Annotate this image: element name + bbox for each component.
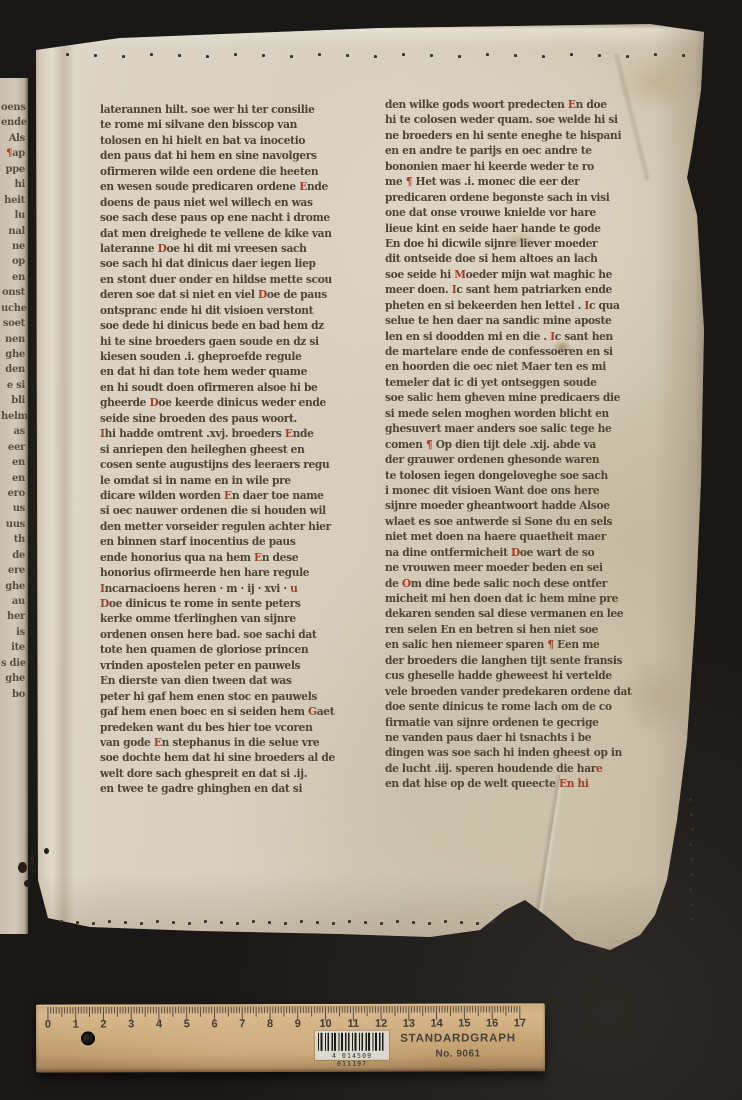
ruler-cm-number: 11 xyxy=(344,1017,362,1031)
sewing-hole xyxy=(172,921,175,924)
manuscript-text-line: En doe hi dicwile sijnre liever moeder xyxy=(385,236,653,251)
manuscript-text-line: bononien maer hi keerde weder te ro xyxy=(385,159,653,174)
ruler-model-number: No. 9061 xyxy=(386,1048,530,1060)
ink-blot xyxy=(24,880,30,887)
manuscript-text-line: ne xyxy=(1,239,25,254)
manuscript-text-line: en wesen soude predicaren ordene Ende xyxy=(100,179,350,194)
sewing-hole xyxy=(691,828,694,831)
sewing-hole xyxy=(374,55,377,58)
manuscript-text-line: en xyxy=(1,270,25,285)
sewing-hole xyxy=(300,920,303,923)
manuscript-text-line: ren selen En en betren si hen niet soe xyxy=(385,622,653,637)
sewing-hole xyxy=(236,922,239,925)
manuscript-text-line: le omdat si in name en in wile pre xyxy=(100,473,350,488)
sewing-hole xyxy=(689,888,692,891)
manuscript-text-line: dit ontseide doe si hem altoes an lach xyxy=(385,251,653,266)
sewing-hole xyxy=(458,55,461,58)
sewing-hole xyxy=(682,54,685,57)
sewing-hole xyxy=(156,920,159,923)
sewing-hole xyxy=(690,903,693,906)
manuscript-text-line: nal xyxy=(1,224,25,239)
manuscript-text-line: welt dore sach ghespreit en dat si .ij. xyxy=(100,766,350,781)
manuscript-text-line: lateranne Doe hi dit mi vreesen sach xyxy=(100,241,350,256)
manuscript-text-line: ne broeders en hi sente eneghe te hispan… xyxy=(385,128,653,143)
manuscript-text-line: vrinden apostelen peter en pauwels xyxy=(100,658,350,673)
binding-gutter-shade xyxy=(30,22,102,964)
ruler-cm-number: 9 xyxy=(289,1017,307,1031)
manuscript-text-line: doe sente dinicus te rome lach om de co xyxy=(385,699,653,714)
manuscript-text-line: helm xyxy=(1,409,25,424)
ruler-cm-number: 1 xyxy=(67,1018,85,1032)
manuscript-text-line: soe dede hi dinicus bede en bad hem dz xyxy=(100,318,350,333)
manuscript-text-line: nen xyxy=(1,332,25,347)
ruler-cm-number: 3 xyxy=(122,1017,140,1031)
sewing-hole xyxy=(124,921,127,924)
manuscript-text-line: te rome mi silvane den bisscop van xyxy=(100,117,350,132)
manuscript-text-line: de xyxy=(1,548,25,563)
manuscript-text-line: Als xyxy=(1,131,25,146)
manuscript-text-line: en xyxy=(1,471,25,486)
ruler-cm-number: 16 xyxy=(483,1016,501,1030)
ink-blot xyxy=(31,869,35,873)
manuscript-text-line: en salic hen niemeer sparen ¶ Een me xyxy=(385,637,653,652)
ruler-cm-number: 2 xyxy=(94,1017,112,1031)
manuscript-text-line: en en andre te parijs en oec andre te xyxy=(385,143,653,158)
manuscript-text-line: den metter vorseider regulen achter hier xyxy=(100,519,350,534)
sewing-hole xyxy=(284,922,287,925)
manuscript-text-line: au xyxy=(1,594,25,609)
sewing-hole xyxy=(542,55,545,58)
manuscript-text-line: der broeders die langhen tijt sente fran… xyxy=(385,653,653,668)
manuscript-text-line: soe seide hi Moeder mijn wat maghic he xyxy=(385,267,653,282)
manuscript-text-line: micheit mi hen doen dat ic hem mine pre xyxy=(385,591,653,606)
manuscript-text-line: dicare wilden worden En daer toe name xyxy=(100,488,350,503)
manuscript-text-line: heit xyxy=(1,193,25,208)
sewing-hole xyxy=(654,53,657,56)
ruler-cm-number: 8 xyxy=(261,1017,279,1031)
manuscript-text-line: predicaren ordene begonste sach in visi xyxy=(385,190,653,205)
manuscript-text-line: is xyxy=(1,625,25,640)
manuscript-text-line: ontspranc ende hi dit visioen verstont xyxy=(100,303,350,318)
facing-page-text-fragments: oensendeAls¶apppehiheitlunalneopenonstuc… xyxy=(1,100,25,702)
manuscript-text-line: gaf hem enen boec en si seiden hem Gaet xyxy=(100,704,350,719)
manuscript-text-line: soe dochte hem dat hi sine broeders al d… xyxy=(100,750,350,765)
sewing-hole xyxy=(514,54,517,57)
manuscript-text-line: firmatie van sijnre ordenen te gecrige xyxy=(385,715,653,730)
ruler-cm-number: 12 xyxy=(372,1017,390,1031)
sewing-hole xyxy=(570,53,573,56)
manuscript-text-line: gheerde Doe keerde dinicus weder ende xyxy=(100,395,350,410)
manuscript-text-line: dekaren senden sal diese vermanen en lee xyxy=(385,606,653,621)
ruler-cm-number: 13 xyxy=(400,1017,418,1031)
sewing-hole xyxy=(396,920,399,923)
manuscript-text-line: En dierste van dien tween dat was xyxy=(100,673,350,688)
manuscript-text-line: sijnre moeder gheantwoort hadde Alsoe xyxy=(385,498,653,513)
barcode-sticker: 4 014509 011197 xyxy=(315,1031,389,1060)
barcode-digits: 4 014509 011197 xyxy=(315,1052,389,1068)
sewing-hole xyxy=(252,920,255,923)
manuscript-text-line: ghe xyxy=(1,579,25,594)
manuscript-text-line: oens xyxy=(1,100,25,115)
manuscript-text-line: Ihi hadde omtrent .xvj. broeders Ende xyxy=(100,426,350,441)
ruler-cm-number: 15 xyxy=(455,1017,473,1031)
sewing-hole xyxy=(492,920,495,923)
manuscript-text-line: eer xyxy=(1,440,25,455)
manuscript-text-line: ero xyxy=(1,486,25,501)
barcode-bars xyxy=(318,1033,386,1051)
manuscript-text-line: vele broeden vander predekaren ordene da… xyxy=(385,684,653,699)
manuscript-text-line: as xyxy=(1,424,25,439)
sewing-hole xyxy=(204,920,207,923)
sewing-hole xyxy=(94,54,97,57)
manuscript-text-line: Doe dinicus te rome in sente peters xyxy=(100,596,350,611)
sewing-hole xyxy=(92,922,95,925)
manuscript-text-line: tolosen en hi hielt en bat va inocetio xyxy=(100,133,350,148)
manuscript-text-line: de Om dine bede salic noch dese ontfer xyxy=(385,576,653,591)
manuscript-text-line: lu xyxy=(1,208,25,223)
sewing-hole xyxy=(220,921,223,924)
manuscript-text-line: bo xyxy=(1,687,25,702)
sewing-hole xyxy=(486,53,489,56)
sewing-hole xyxy=(66,53,69,56)
manuscript-text-line: den wilke gods woort predecten En doe xyxy=(385,97,653,112)
manuscript-photograph: { "facing_page": { "fragments": ["oens",… xyxy=(0,0,742,1100)
manuscript-text-line: ende xyxy=(1,115,25,130)
manuscript-text-line: en twee te gadre ghinghen en dat si xyxy=(100,781,350,796)
manuscript-text-line: en hoorden die oec niet Maer ten es mi xyxy=(385,359,653,374)
manuscript-text-line: den paus dat hi hem en sine navolgers xyxy=(100,148,350,163)
manuscript-text-line: ghe xyxy=(1,347,25,362)
sewing-hole xyxy=(380,922,383,925)
ruler-brand-block: STANDARDGRAPH No. 9061 xyxy=(386,1032,530,1060)
manuscript-text-line: selue te hen daer na sandic mine aposte xyxy=(385,313,653,328)
manuscript-text-line: e si xyxy=(1,378,25,393)
ruler-cm-number: 6 xyxy=(205,1017,223,1031)
manuscript-text-line: ne vrouwen meer moeder beden en sei xyxy=(385,560,653,575)
sewing-hole xyxy=(444,920,447,923)
sewing-hole xyxy=(316,921,319,924)
manuscript-text-line: ¶ap xyxy=(1,146,25,161)
manuscript-text-line: hi xyxy=(1,177,25,192)
manuscript-text-line: dat men dreighede te vellene de kike van xyxy=(100,226,350,241)
sewing-hole xyxy=(402,53,405,56)
sewing-hole xyxy=(150,53,153,56)
manuscript-text-line: kiesen souden .i. gheproefde regule xyxy=(100,349,350,364)
ruler-cm-number: 17 xyxy=(511,1016,529,1030)
manuscript-text-line: soe sach hi dat dinicus daer iegen liep xyxy=(100,256,350,271)
manuscript-text-line: uche xyxy=(1,301,25,316)
sewing-hole xyxy=(460,921,463,924)
sewing-hole xyxy=(626,55,629,58)
sewing-hole xyxy=(689,798,692,801)
manuscript-text-line: one dat onse vrouwe knielde vor hare xyxy=(385,205,653,220)
sewing-hole xyxy=(690,813,693,816)
manuscript-text-line: me ¶ Het was .i. monec die eer der xyxy=(385,174,653,189)
manuscript-text-line: ne vanden paus daer hi tsnachts i be xyxy=(385,730,653,745)
manuscript-text-line: honorius ofirmeerde hen hare regule xyxy=(100,565,350,580)
manuscript-text-line: de martelare ende de confessoeren en si xyxy=(385,344,653,359)
sewing-hole xyxy=(691,873,694,876)
manuscript-right-column: den wilke gods woort predecten En doehi … xyxy=(385,97,653,792)
manuscript-text-line: bli xyxy=(1,393,25,408)
manuscript-text-line: te tolosen iegen dongeloveghe soe sach xyxy=(385,468,653,483)
manuscript-text-line: ghesuvert maer anders soe salic tege he xyxy=(385,421,653,436)
sewing-hole xyxy=(60,920,63,923)
ruler-hanging-hole xyxy=(81,1032,95,1046)
manuscript-text-line: pheten en si bekeerden hen lettel . Ic q… xyxy=(385,298,653,313)
sewing-hole xyxy=(428,922,431,925)
manuscript-text-line: soe salic hem gheven mine predicaers die xyxy=(385,390,653,405)
manuscript-text-line: soe sach dese paus op ene nacht i drome xyxy=(100,210,350,225)
manuscript-text-line: niet met doen na haere quaetheit maer xyxy=(385,529,653,544)
ruler-cm-number: 14 xyxy=(428,1017,446,1031)
manuscript-text-line: en binnen starf inocentius de paus xyxy=(100,534,350,549)
sewing-hole xyxy=(206,55,209,58)
ruler-cm-number: 10 xyxy=(317,1017,335,1031)
manuscript-text-line: i monec dit visioen Want doe ons here xyxy=(385,483,653,498)
manuscript-text-line: dingen was soe sach hi inden gheest op i… xyxy=(385,745,653,760)
manuscript-text-line: hi te sine broeders gaen soude en dz si xyxy=(100,334,350,349)
sewing-hole xyxy=(691,918,694,921)
manuscript-text-line: en xyxy=(1,455,25,470)
manuscript-text-line: temeler dat ic di yet ontseggen soude xyxy=(385,375,653,390)
sewing-hole xyxy=(476,922,479,925)
manuscript-text-line: onst xyxy=(1,285,25,300)
sewing-hole xyxy=(364,921,367,924)
manuscript-text-line: wlaet es soe antwerde si Sone du en sels xyxy=(385,514,653,529)
manuscript-text-line: cosen sente augustijns des leeraers regu xyxy=(100,457,350,472)
manuscript-text-line: en dat hi dan tote hem weder quame xyxy=(100,364,350,379)
manuscript-text-line: si oec nauwer ordenen die si houden wil xyxy=(100,503,350,518)
manuscript-text-line: en hi soudt doen ofirmeren alsoe hi be xyxy=(100,380,350,395)
manuscript-text-line: peter hi gaf hem enen stoc en pauwels xyxy=(100,689,350,704)
manuscript-text-line: us xyxy=(1,501,25,516)
ink-blot xyxy=(44,848,49,854)
manuscript-text-line: laterannen hilt. soe wer hi ter consilie xyxy=(100,102,350,117)
manuscript-text-line: ofirmeren wilde een ordene die heeten xyxy=(100,164,350,179)
sewing-hole xyxy=(290,55,293,58)
manuscript-text-line: ghe xyxy=(1,671,25,686)
manuscript-text-line: s die xyxy=(1,656,25,671)
sewing-hole xyxy=(178,54,181,57)
sewing-hole xyxy=(234,53,237,56)
manuscript-text-line: Incarnacioens heren · m · ij · xvi · u xyxy=(100,581,350,596)
sewing-hole xyxy=(140,922,143,925)
sewing-hole xyxy=(430,54,433,57)
manuscript-text-line: en dat hise op de welt queecte En hi xyxy=(385,776,653,791)
manuscript-text-line: hi te colosen weder quam. soe welde hi s… xyxy=(385,112,653,127)
manuscript-text-line: tote hen quamen de gloriose princen xyxy=(100,642,350,657)
manuscript-text-line: uus xyxy=(1,517,25,532)
ruler-cm-number: 0 xyxy=(39,1018,57,1032)
manuscript-text-line: si anriepen den heileghen gheest en xyxy=(100,442,350,457)
sewing-hole xyxy=(262,54,265,57)
manuscript-text-line: si mede selen moghen worden blicht en xyxy=(385,406,653,421)
sewing-hole xyxy=(348,920,351,923)
ruler-brand-name: STANDARDGRAPH xyxy=(386,1032,530,1045)
sewing-hole xyxy=(76,921,79,924)
manuscript-text-line: her xyxy=(1,609,25,624)
manuscript-text-line: de lucht .iij. speren houdende die hare xyxy=(385,761,653,776)
manuscript-text-line: den xyxy=(1,362,25,377)
manuscript-text-line: th xyxy=(1,532,25,547)
manuscript-text-line: ordenen onsen here bad. soe sachi dat xyxy=(100,627,350,642)
manuscript-text-line: meer doen. Ic sant hem patriarken ende xyxy=(385,282,653,297)
ruler-cm-number: 4 xyxy=(150,1017,168,1031)
manuscript-text-line: seide sine broeden des paus woort. xyxy=(100,411,350,426)
manuscript-text-line: comen ¶ Op dien tijt dele .xij. abde va xyxy=(385,437,653,452)
manuscript-text-line: len en si doodden mi en die . Ic sant he… xyxy=(385,329,653,344)
manuscript-text-line: na dine ontfermicheit Doe wart de so xyxy=(385,545,653,560)
wooden-ruler: 01234567891011121314151617 4 014509 0111… xyxy=(36,1003,545,1072)
manuscript-text-line: ere xyxy=(1,563,25,578)
sewing-hole xyxy=(346,54,349,57)
manuscript-text-line: ite xyxy=(1,640,25,655)
ink-blot xyxy=(18,862,27,873)
manuscript-text-line: cus gheselle hadde gheweest hi vertelde xyxy=(385,668,653,683)
sewing-hole xyxy=(690,858,693,861)
manuscript-text-line: soet xyxy=(1,316,25,331)
manuscript-text-line: lieue kint en seide haer hande te gode xyxy=(385,221,653,236)
ruler-cm-number: 7 xyxy=(233,1017,251,1031)
manuscript-left-column: laterannen hilt. soe wer hi ter consilie… xyxy=(100,102,350,797)
ruler-cm-number: 5 xyxy=(178,1017,196,1031)
sewing-hole xyxy=(268,921,271,924)
sewing-hole xyxy=(689,843,692,846)
manuscript-text-line: ende honorius qua na hem En dese xyxy=(100,550,350,565)
manuscript-text-line: van gode En stephanus in die selue vre xyxy=(100,735,350,750)
manuscript-text-line: doens de paus niet wel willech en was xyxy=(100,195,350,210)
sewing-hole xyxy=(598,54,601,57)
sewing-hole xyxy=(188,922,191,925)
manuscript-text-line: kerke omme tferlinghen van sijnre xyxy=(100,611,350,626)
sewing-hole xyxy=(412,921,415,924)
manuscript-text-line: en stont duer onder en hildse mette scou xyxy=(100,272,350,287)
sewing-hole xyxy=(122,55,125,58)
manuscript-text-line: der grauwer ordenen ghesonde waren xyxy=(385,452,653,467)
sewing-hole xyxy=(108,920,111,923)
manuscript-text-line: ppe xyxy=(1,162,25,177)
ink-blot xyxy=(31,854,34,865)
manuscript-text-line: deren soe dat si niet en viel Doe de pau… xyxy=(100,287,350,302)
sewing-hole xyxy=(332,922,335,925)
manuscript-text-line: predeken want du bes hier toe vcoren xyxy=(100,720,350,735)
sewing-hole xyxy=(318,53,321,56)
manuscript-text-line: op xyxy=(1,254,25,269)
